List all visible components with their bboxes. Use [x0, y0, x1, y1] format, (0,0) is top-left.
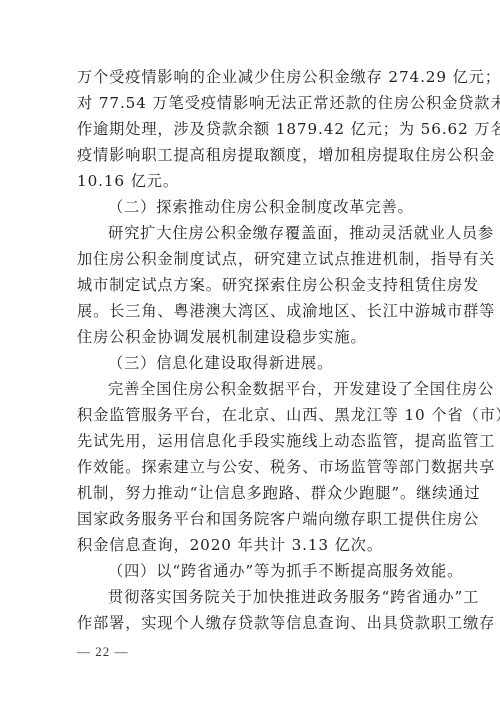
body-text-line: 城市制定试点方案。研究探索住房公积金支持租赁住房发	[77, 272, 426, 298]
body-text-line: 展。长三角、粤港澳大湾区、成渝地区、长江中游城市群等	[77, 298, 426, 324]
body-text-line: 贯彻落实国务院关于加快推进政务服务“跨省通办”工	[108, 584, 426, 610]
body-text-line: 作部署，实现个人缴存贷款等信息查询、出具贷款职工缴存	[77, 610, 426, 636]
body-text-line: 加住房公积金制度试点，研究建立试点推进机制，指导有关	[77, 246, 426, 272]
body-text-line: 作效能。探索建立与公安、税务、市场监管等部门数据共享	[77, 454, 426, 480]
body-text-line: 对 77.54 万笔受疫情影响无法正常还款的住房公积金贷款未	[77, 90, 426, 116]
body-text-line: 10.16 亿元。	[77, 168, 426, 194]
body-text-line: 完善全国住房公积金数据平台，开发建设了全国住房公	[108, 376, 426, 402]
body-text-line: 研究扩大住房公积金缴存覆盖面，推动灵活就业人员参	[108, 220, 426, 246]
body-text-line: 机制，努力推动“让信息多跑路、群众少跑腿”。继续通过	[77, 480, 426, 506]
page-number: — 22 —	[77, 642, 129, 662]
body-text-line: 疫情影响职工提高租房提取额度，增加租房提取住房公积金	[77, 142, 426, 168]
section-heading-4: （四）以“跨省通办”等为抓手不断提高服务效能。	[108, 558, 426, 584]
body-text-line: 积金监管服务平台，在北京、山西、黑龙江等 10 个省（市）	[77, 402, 426, 428]
body-text-line: 万个受疫情影响的企业减少住房公积金缴存 274.29 亿元；	[77, 64, 426, 90]
section-heading-2: （二）探索推动住房公积金制度改革完善。	[108, 194, 426, 220]
body-text-line: 先试先用，运用信息化手段实施线上动态监管，提高监管工	[77, 428, 426, 454]
body-text-line: 积金信息查询，2020 年共计 3.13 亿次。	[77, 532, 426, 558]
section-heading-3: （三）信息化建设取得新进展。	[108, 350, 426, 376]
body-text-line: 作逾期处理，涉及贷款余额 1879.42 亿元；为 56.62 万名受	[77, 116, 426, 142]
body-text-line: 国家政务服务平台和国务院客户端向缴存职工提供住房公	[77, 506, 426, 532]
document-page: 万个受疫情影响的企业减少住房公积金缴存 274.29 亿元； 对 77.54 万…	[0, 0, 500, 707]
body-text-line: 住房公积金协调发展机制建设稳步实施。	[77, 324, 426, 350]
